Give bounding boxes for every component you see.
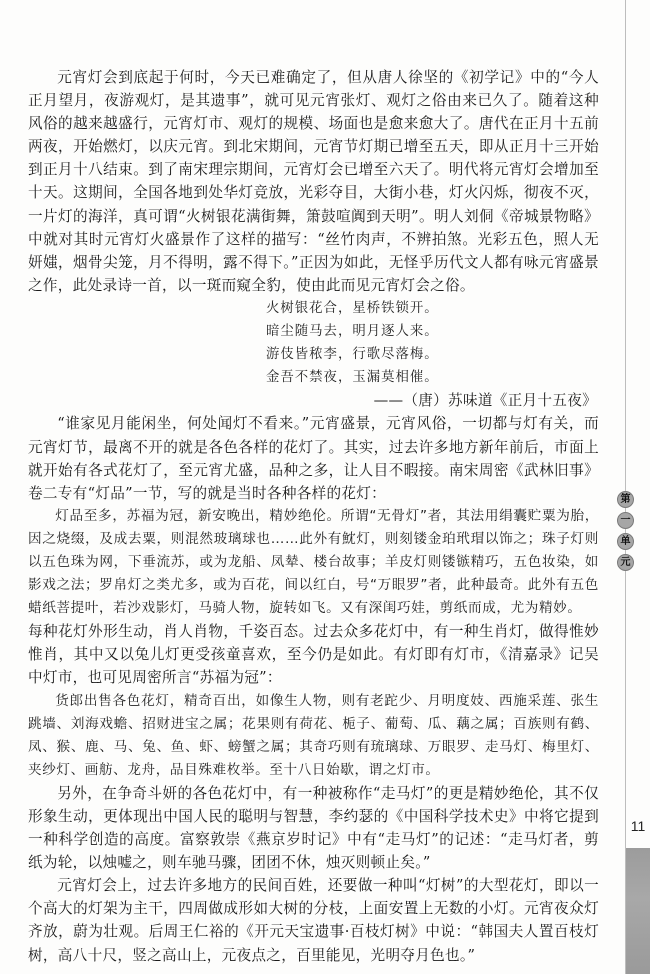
poem-line: 火树银花合，星桥铁锁开。 xyxy=(266,297,599,320)
unit-badge: 第 xyxy=(617,491,634,508)
paragraph-origin: 元宵灯会到底起于何时，今天已难确定了，但从唐人徐坚的《初学记》中的“今人正月望月… xyxy=(28,66,599,297)
unit-badge: 单 xyxy=(617,533,634,550)
quote-wulin-jiushi: 灯品至多，苏福为冠，新安晚出，精妙绝伦。所谓“无骨灯”者，其法用绢囊贮粟为胎，因… xyxy=(28,505,599,620)
unit-badge: 一 xyxy=(617,512,634,529)
unit-badge: 元 xyxy=(617,554,634,571)
page-number: 11 xyxy=(626,818,650,834)
poem: 火树银花合，星桥铁锁开。 暗尘随马去，明月逐人来。 游伎皆秾李，行歌尽落梅。 金… xyxy=(266,297,599,389)
page-body: 元宵灯会到底起于何时，今天已难确定了，但从唐人徐坚的《初学记》中的“今人正月望月… xyxy=(28,66,599,967)
paragraph-zouma-deng: 另外，在争奇斗妍的各色花灯中，有一种被称作“走马灯”的更是精妙绝伦，其不仅形象生… xyxy=(28,782,599,874)
paragraph-lanterns: “谁家见月能闲坐，何处闻灯不看来。”元宵盛景，元宵风俗，一切都与灯有关，而元宵灯… xyxy=(28,412,599,504)
page-edge-tab xyxy=(626,848,650,974)
poem-line: 游伎皆秾李，行歌尽落梅。 xyxy=(266,343,599,366)
poem-line: 金吾不禁夜，玉漏莫相催。 xyxy=(266,366,599,389)
paragraph-lamp-tree: 元宵灯会上，过去许多地方的民间百姓，还要做一种叫“灯树”的大型花灯，即以一个高大… xyxy=(28,874,599,966)
poem-line: 暗尘随马去，明月逐人来。 xyxy=(266,320,599,343)
paragraph-zodiac-lanterns: 每种花灯外形生动，肖人肖物，千姿百态。过去众多花灯中，有一种生肖灯，做得惟妙惟肖… xyxy=(28,620,599,689)
poem-attribution: ——（唐）苏味道《正月十五夜》 xyxy=(28,389,599,412)
quote-qingjia-lu: 货郎出售各色花灯，精奇百出，如像生人物，则有老跎少、月明度妓、西施采莲、张生跳墙… xyxy=(28,690,599,782)
unit-marker: 第 一 单 元 xyxy=(617,491,634,575)
